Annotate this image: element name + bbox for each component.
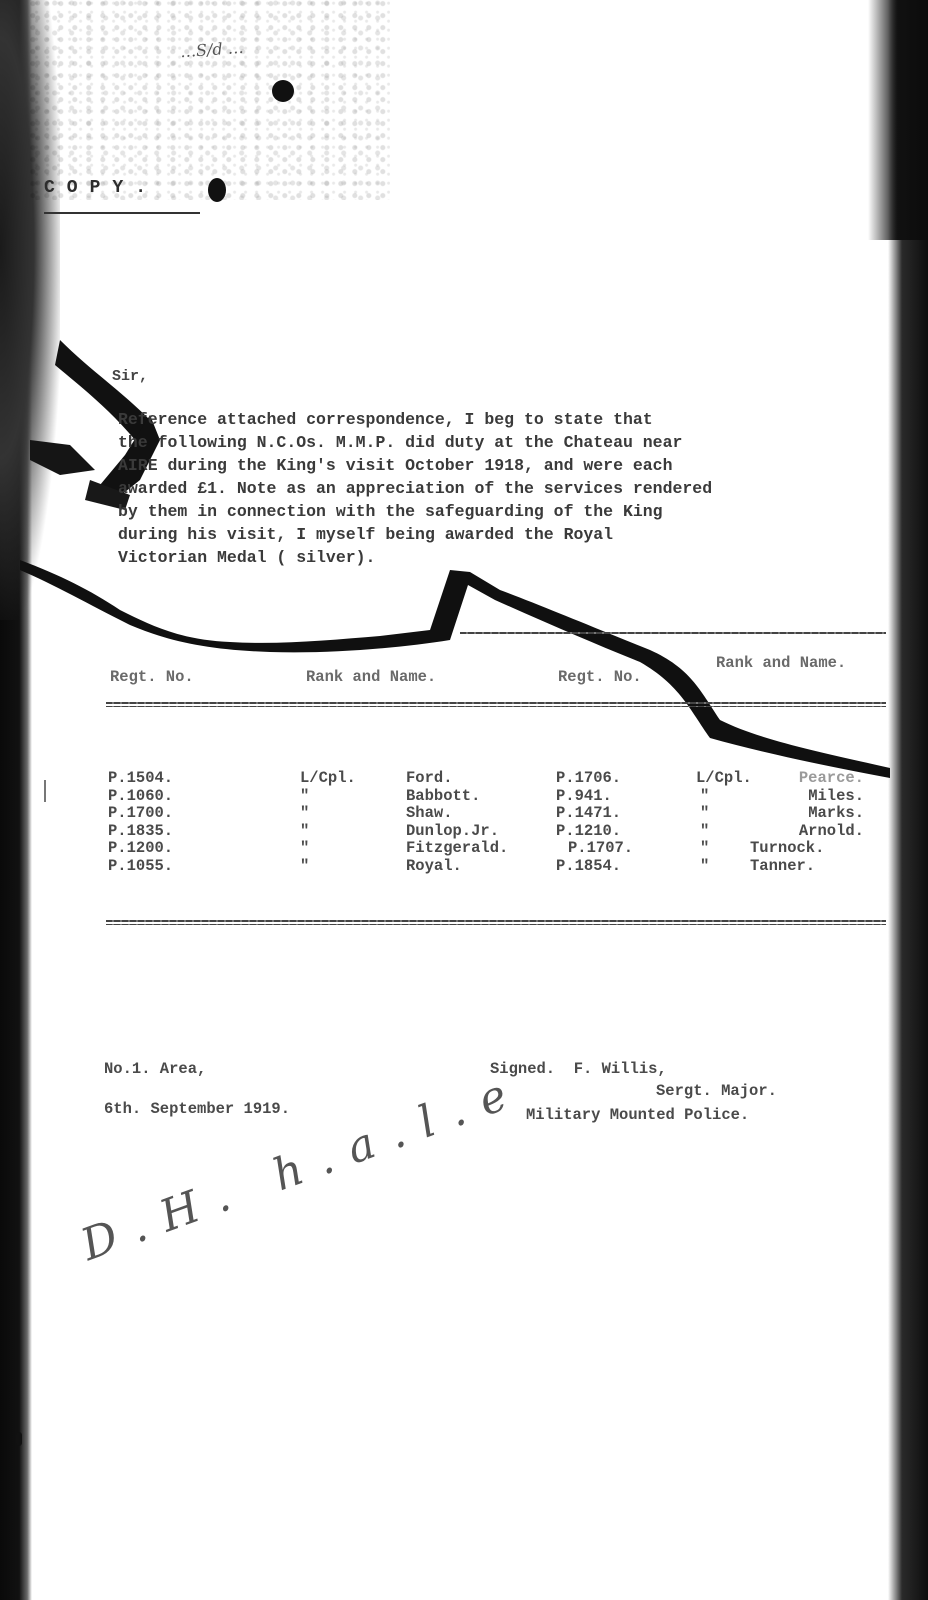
table-cell: " xyxy=(300,858,356,876)
table-cell: " xyxy=(300,823,356,841)
table-cell: Pearce. xyxy=(744,770,864,788)
table-cell: Turnock. xyxy=(744,840,864,858)
table-header-rule xyxy=(106,702,886,704)
col-rank-1: L/Cpl. " " " " " xyxy=(300,770,356,876)
table-cell: Ford. xyxy=(406,770,508,788)
table-cell: P.1700. xyxy=(108,805,173,823)
col-name-1: Ford. Babbott. Shaw. Dunlop.Jr. Fitzgera… xyxy=(406,770,508,876)
table-cell: Tanner. xyxy=(744,858,864,876)
table-header-row: Regt. No. Rank and Name. Regt. No. Rank … xyxy=(0,668,928,698)
col-regt-no-1: P.1504. P.1060. P.1700. P.1835. P.1200. … xyxy=(108,770,173,876)
table-top-rule xyxy=(460,632,886,634)
table-cell: Royal. xyxy=(406,858,508,876)
table-cell: P.1504. xyxy=(108,770,173,788)
table-cell: P.1210. xyxy=(556,823,633,841)
header-rank-name-2: Rank and Name. xyxy=(716,654,846,672)
col-name-2: Pearce. Miles. Marks. Arnold. Turnock. T… xyxy=(744,770,864,876)
ink-mark xyxy=(16,1432,22,1446)
table-bottom-rule-2 xyxy=(106,924,886,925)
table-cell: Miles. xyxy=(744,788,864,806)
footer-rank: Sergt. Major. xyxy=(656,1082,777,1100)
header-regt-no-1: Regt. No. xyxy=(110,668,194,686)
salutation: Sir, xyxy=(112,368,148,385)
table-bottom-rule xyxy=(106,920,886,922)
table-cell: P.1835. xyxy=(108,823,173,841)
footer-date: 6th. September 1919. xyxy=(104,1100,290,1118)
table-cell: " xyxy=(300,788,356,806)
table-header-rule-2 xyxy=(106,706,886,707)
table-cell: Shaw. xyxy=(406,805,508,823)
margin-mark xyxy=(44,780,46,802)
table-cell: P.1854. xyxy=(556,858,633,876)
table-cell: " xyxy=(300,840,356,858)
body-paragraph: Reference attached correspondence, I beg… xyxy=(118,408,878,569)
footer-place: No.1. Area, xyxy=(104,1060,206,1078)
table-cell: P.1200. xyxy=(108,840,173,858)
table-cell: Fitzgerald. xyxy=(406,840,508,858)
footer-unit: Military Mounted Police. xyxy=(526,1106,749,1124)
table-cell: Babbott. xyxy=(406,788,508,806)
table-cell: P.1060. xyxy=(108,788,173,806)
table-cell: Arnold. xyxy=(744,823,864,841)
table-cell: P.1706. xyxy=(556,770,633,788)
table-cell: P.941. xyxy=(556,788,633,806)
table-cell: L/Cpl. xyxy=(300,770,356,788)
header-rank-name-1: Rank and Name. xyxy=(306,668,436,686)
table-cell: P.1471. xyxy=(556,805,633,823)
table-cell: " xyxy=(300,805,356,823)
table-cell: P.1055. xyxy=(108,858,173,876)
header-regt-no-2: Regt. No. xyxy=(558,668,642,686)
col-regt-no-2: P.1706. P.941. P.1471. P.1210. P.1707. P… xyxy=(556,770,633,876)
handwritten-note: D.H. h.a.l.e xyxy=(75,1063,531,1271)
table-cell: Dunlop.Jr. xyxy=(406,823,508,841)
table-cell: P.1707. xyxy=(556,840,633,858)
table-cell: Marks. xyxy=(744,805,864,823)
